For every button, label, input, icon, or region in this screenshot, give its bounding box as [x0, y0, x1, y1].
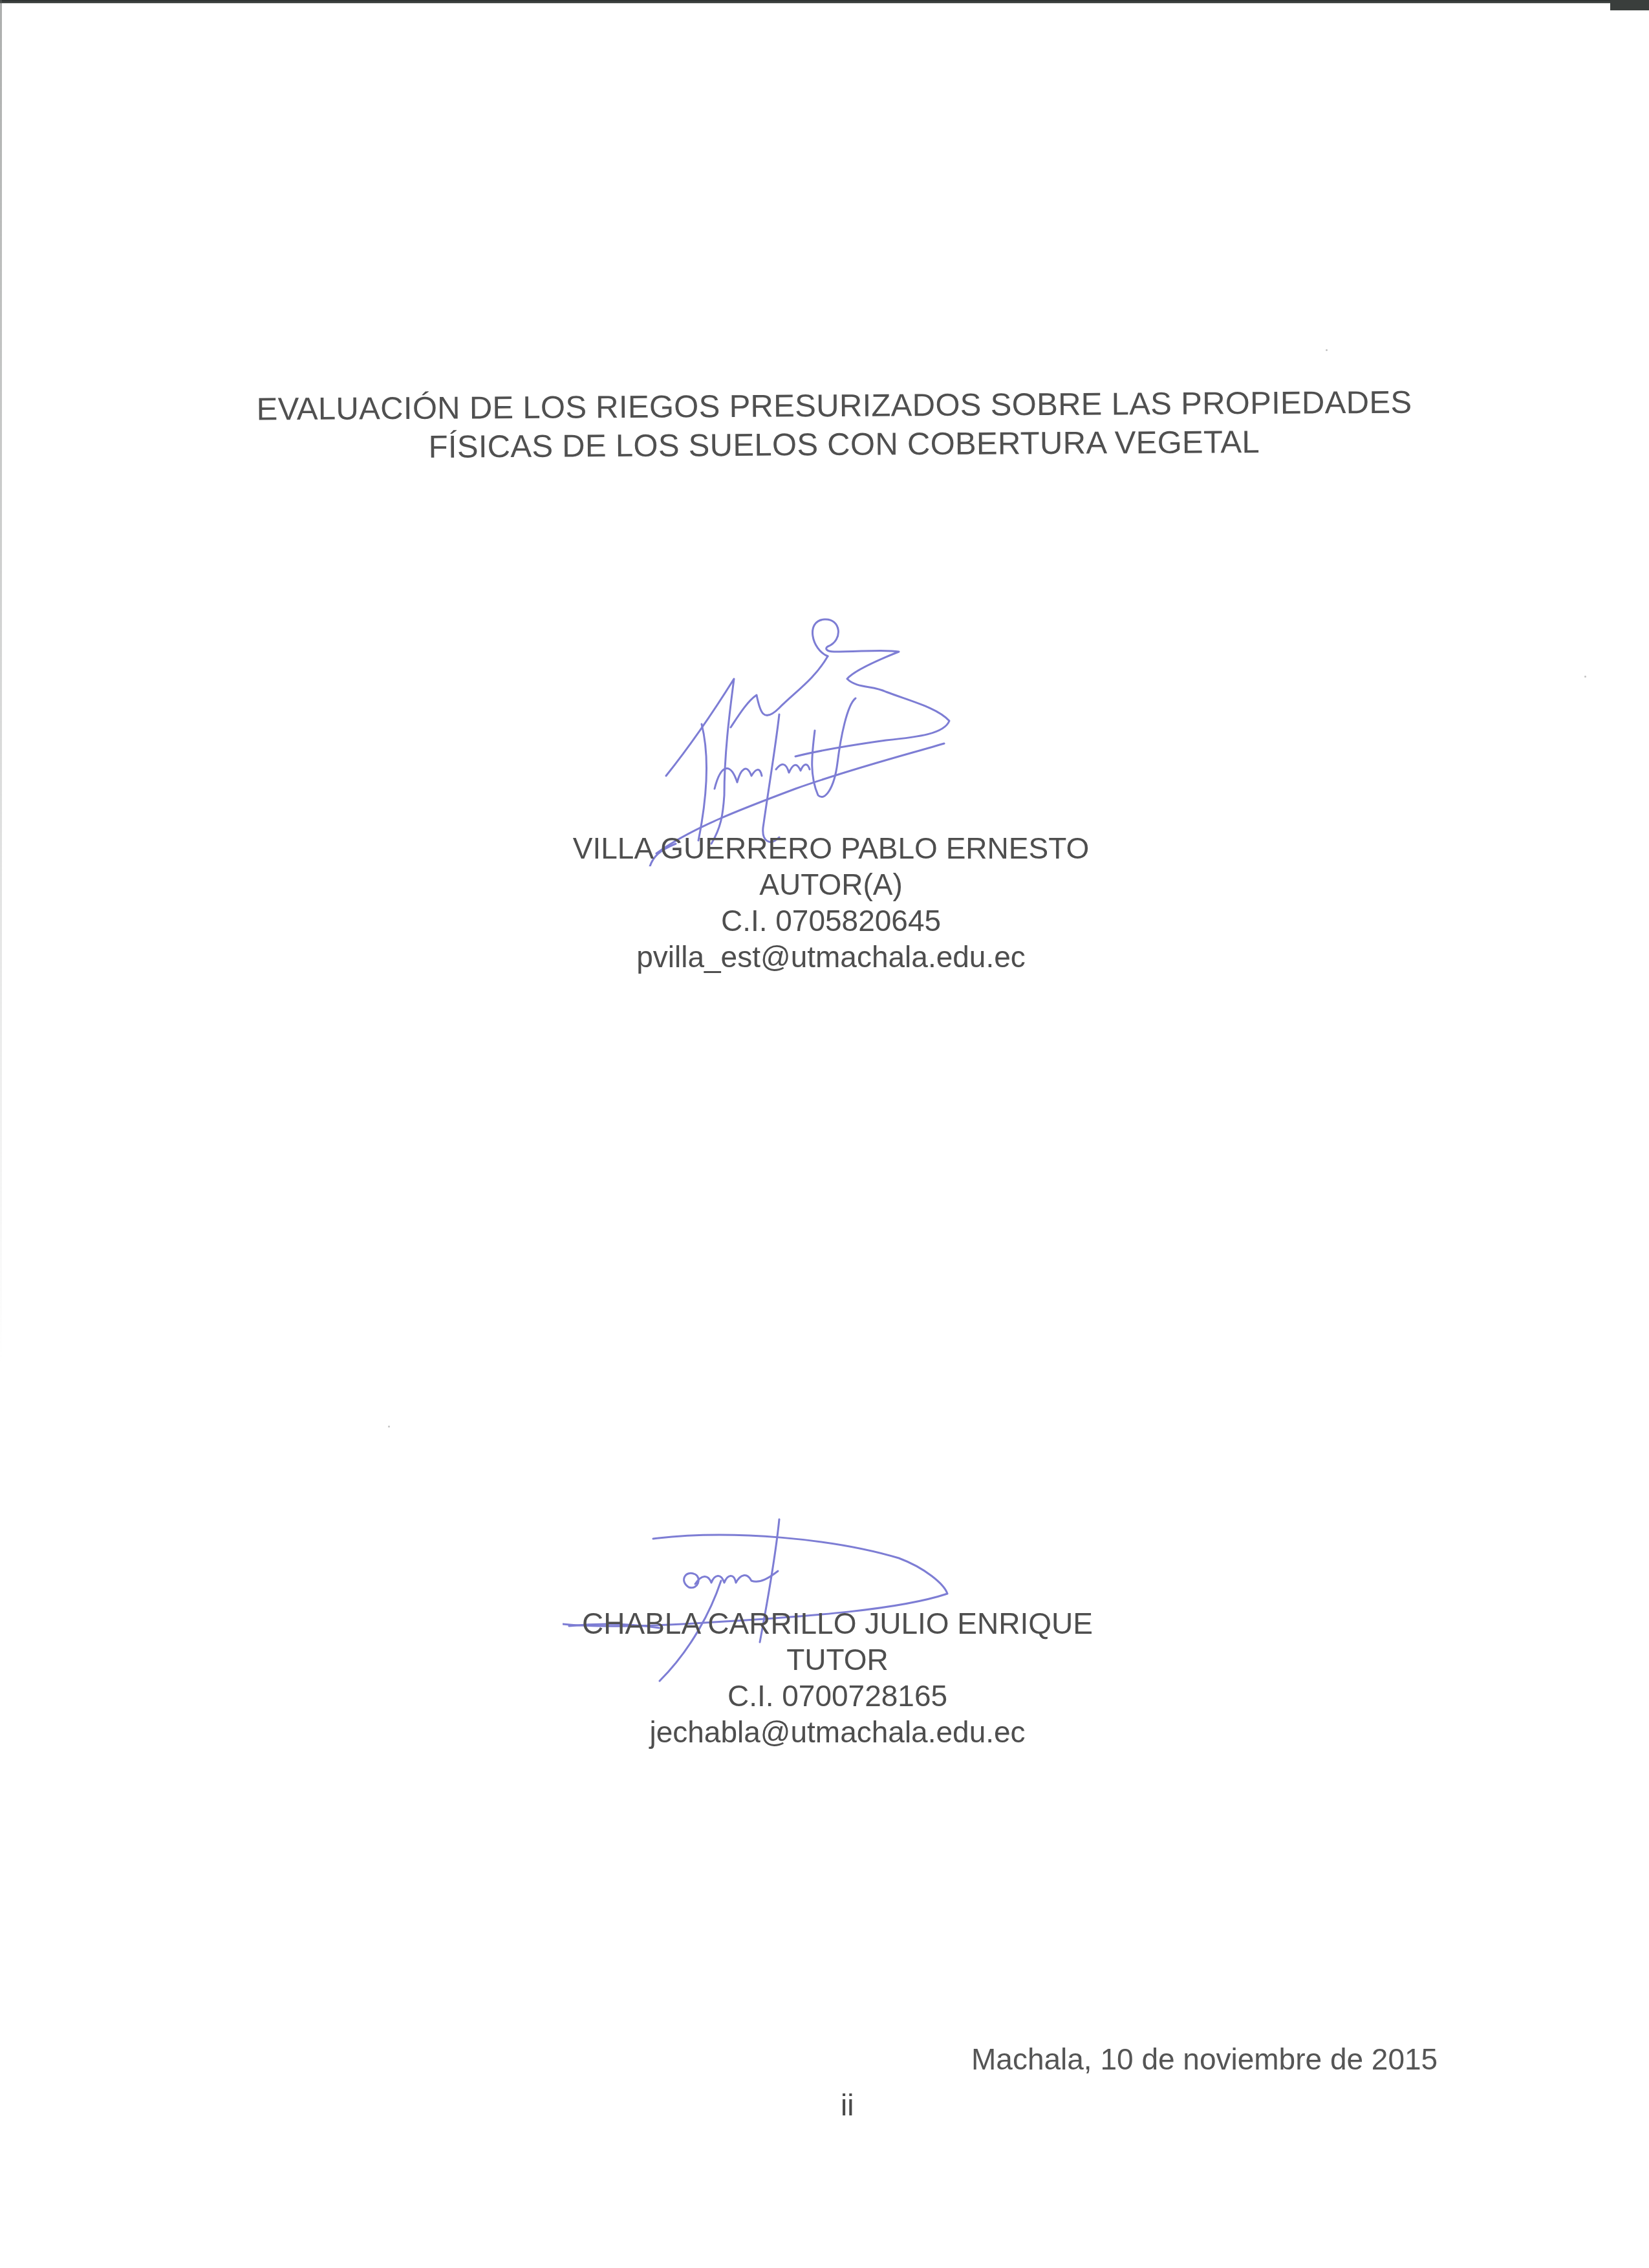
tutor-role: TUTOR	[0, 1642, 1649, 1678]
scan-speck	[388, 1426, 390, 1428]
author-role: AUTOR(A)	[0, 866, 1649, 903]
author-name: VILLA GUERRERO PABLO ERNESTO	[0, 830, 1649, 866]
scan-speck	[1326, 349, 1328, 351]
place-date: Machala, 10 de noviembre de 2015	[971, 2041, 1438, 2077]
tutor-ci: C.I. 0700728165	[0, 1678, 1649, 1714]
author-email: pvilla_est@utmachala.edu.ec	[0, 939, 1649, 975]
author-signature-icon	[640, 595, 1061, 866]
document-title: EVALUACIÓN DE LOS RIEGOS PRESURIZADOS SO…	[0, 381, 1649, 469]
tutor-name: CHABLA CARRILLO JULIO ENRIQUE	[0, 1605, 1649, 1642]
author-block: VILLA GUERRERO PABLO ERNESTO AUTOR(A) C.…	[0, 830, 1649, 975]
page-number: ii	[841, 2087, 854, 2123]
tutor-email: jechabla@utmachala.edu.ec	[0, 1714, 1649, 1750]
scan-speck	[1584, 676, 1586, 678]
author-ci: C.I. 0705820645	[0, 903, 1649, 939]
document-page: EVALUACIÓN DE LOS RIEGOS PRESURIZADOS SO…	[0, 0, 1649, 2268]
tutor-block: CHABLA CARRILLO JULIO ENRIQUE TUTOR C.I.…	[0, 1605, 1649, 1750]
